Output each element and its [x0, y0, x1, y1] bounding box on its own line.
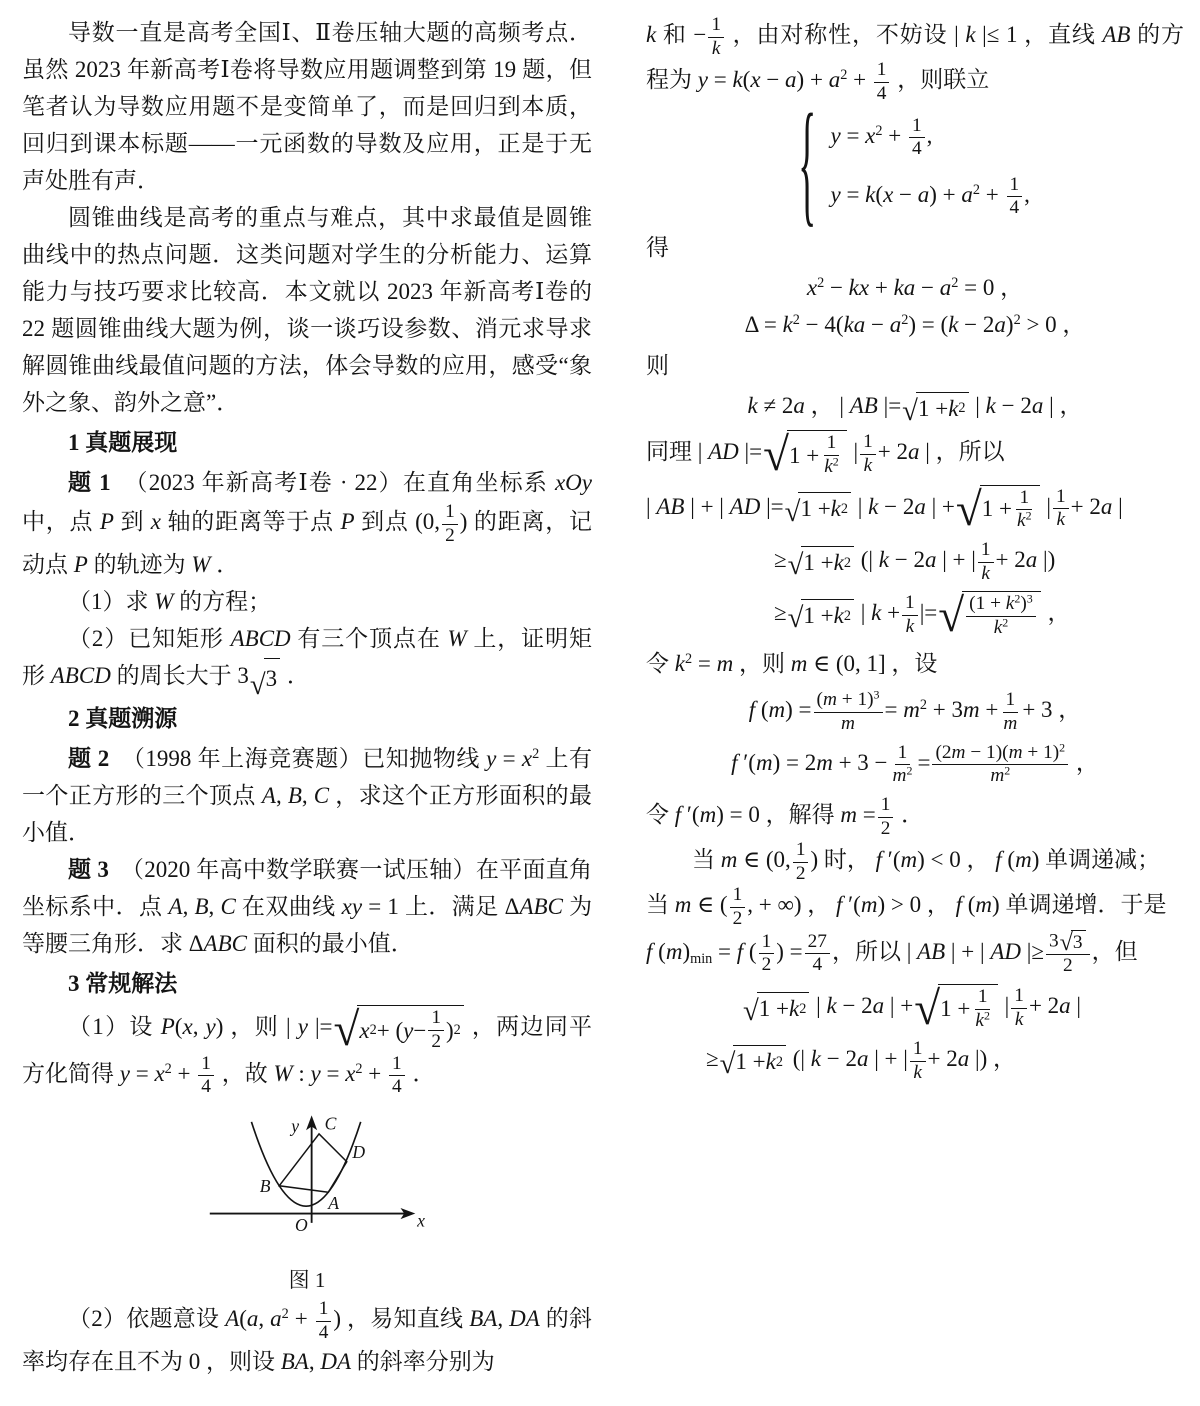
system-equation: y = x2 + 14, [830, 115, 932, 160]
paragraph: 当 m ∈ (0,12) 时， f ′(m) < 0 ， f (m) 单调递减； [646, 839, 1184, 884]
figure-1: y x O C D B A 图 1 [22, 1104, 592, 1294]
paragraph: （2）已知矩形 ABCD 有三个顶点在 W 上，证明矩形 ABCD 的周长大于 … [22, 620, 592, 697]
equation: k ≠ 2a ， | AB |=√1 + k2 | k − 2a | ， [646, 391, 1184, 424]
equation: ≥√1 + k2 (| k − 2a | + |1k+ 2a |) ， [646, 1038, 1184, 1083]
equation: Δ = k2 − 4(ka − a2) = (k − 2a)2 > 0 ， [646, 310, 1184, 340]
equation: √1 + k2 | k − 2a | +√1 + 1k2 |1k+ 2a | [646, 984, 1184, 1031]
paragraph: 题 1 （2023 年新高考Ⅰ卷 · 22）在直角坐标系 xOy 中，点 P 到… [22, 464, 592, 583]
equation: ≥√1 + k2 (| k − 2a | + |1k+ 2a |) [646, 539, 1184, 584]
paragraph: 题 3 （2020 年高中数学联赛一试压轴）在平面直角坐标系中．点 A, B, … [22, 851, 592, 962]
section-heading: 1 真题展现 [22, 424, 592, 461]
label-x-axis: x [416, 1210, 425, 1230]
left-column: 导数一直是高考全国Ⅰ、Ⅱ卷压轴大题的高频考点．虽然 2023 年新高考Ⅰ卷将导数… [22, 14, 592, 1380]
equation-system: {y = x2 + 14,y = k(x − a) + a2 + 14, [646, 115, 1184, 220]
paragraph: k 和 −1k ，由对称性，不妨设 | k |≤ 1 ，直线 AB 的方程为 y… [646, 14, 1184, 105]
right-column: k 和 −1k ，由对称性，不妨设 | k |≤ 1 ，直线 AB 的方程为 y… [646, 14, 1184, 1380]
paragraph: f (m)min = f (12) =274，所以 | AB | + | AD … [646, 930, 1184, 977]
label-point-a: A [327, 1193, 339, 1213]
figure-caption: 图 1 [22, 1264, 592, 1294]
paragraph: 圆锥曲线是高考的重点与难点，其中求最值是圆锥曲线中的热点问题．这类问题对学生的分… [22, 199, 592, 421]
section-heading: 3 常规解法 [22, 965, 592, 1002]
paragraph: 令 k2 = m ，则 m ∈ (0, 1] ，设 [646, 645, 1184, 682]
label-point-c: C [325, 1113, 337, 1133]
article-page: 导数一直是高考全国Ⅰ、Ⅱ卷压轴大题的高频考点．虽然 2023 年新高考Ⅰ卷将导数… [0, 0, 1200, 1380]
paragraph: （1）求 W 的方程； [22, 583, 592, 620]
paragraph: 导数一直是高考全国Ⅰ、Ⅱ卷压轴大题的高频考点．虽然 2023 年新高考Ⅰ卷将导数… [22, 14, 592, 199]
equation: x2 − kx + ka − a2 = 0 ， [646, 273, 1184, 303]
parabola-diagram: y x O C D B A [182, 1104, 432, 1262]
paragraph: 则 [646, 347, 1184, 384]
label-origin: O [295, 1215, 308, 1235]
label-point-d: D [351, 1142, 365, 1162]
label-point-b: B [260, 1176, 271, 1196]
equation: | AB | + | AD |=√1 + k2 | k − 2a | +√1 +… [646, 485, 1184, 532]
paragraph: （1）设 P(x, y) ，则 | y |=√x2 + (y − 12)2 ，两… [22, 1005, 592, 1098]
label-y-axis: y [289, 1116, 299, 1136]
paragraph: （2）依题意设 A(a, a2 + 14) ，易知直线 BA, DA 的斜率均存… [22, 1298, 592, 1380]
equation: f (m) =(m + 1)3m= m2 + 3m +1m+ 3 ， [646, 689, 1184, 734]
system-brace: { [798, 89, 816, 245]
paragraph: 令 f ′(m) = 0 ，解得 m =12 ． [646, 794, 1184, 839]
paragraph: 同理 | AD |=√1 + 1k2 |1k+ 2a | ，所以 [646, 430, 1184, 477]
section-heading: 2 真题溯源 [22, 700, 592, 737]
paragraph: 题 2 （1998 年上海竞赛题）已知抛物线 y = x2 上有一个正方形的三个… [22, 740, 592, 851]
rectangle-abcd [279, 1134, 347, 1192]
paragraph: 当 m ∈ (12, + ∞) ， f ′(m) > 0 ， f (m) 单调递… [646, 884, 1184, 929]
system-equation: y = k(x − a) + a2 + 14, [830, 174, 1029, 219]
equation: ≥√1 + k2 | k +1k|=√(1 + k2)3k2 ， [646, 591, 1184, 638]
equation: f ′(m) = 2m + 3 −1m2=(2m − 1)(m + 1)2m2 … [646, 742, 1184, 787]
paragraph: 得 [646, 229, 1184, 266]
